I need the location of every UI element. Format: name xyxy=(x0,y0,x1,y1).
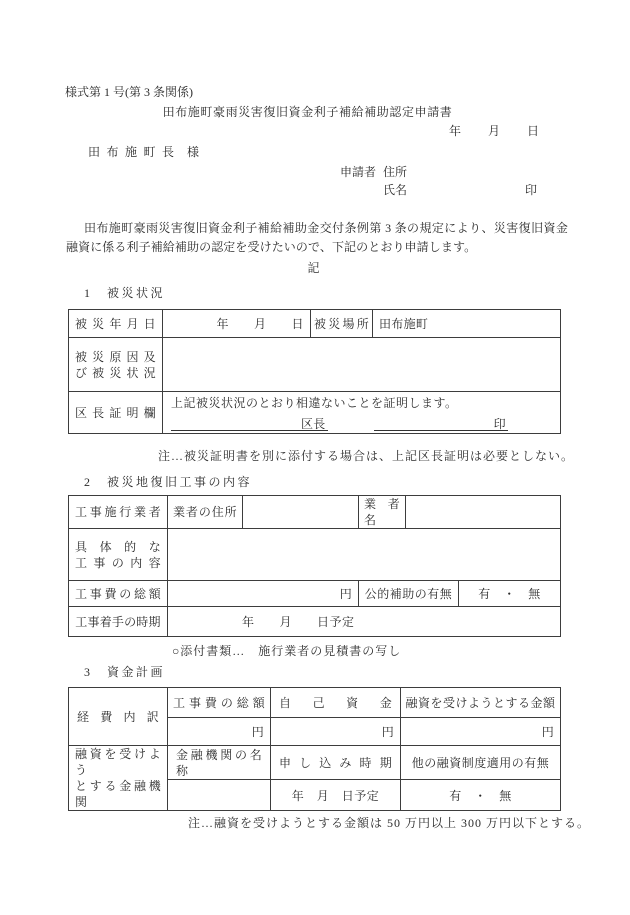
expense-breakdown-label-cell: 経費内訳 xyxy=(69,688,168,746)
contractor-address-field xyxy=(243,496,359,529)
contractor-name-label-cell: 業者名 xyxy=(359,496,406,529)
table-row: 被災年月日 年 月 日 被災場所 田布施町 xyxy=(69,310,561,338)
other-loan-label: 他の融資制度適用の有無 xyxy=(401,746,561,780)
contractor-name-label: 業者名 xyxy=(359,496,405,528)
lender-label-line2: とする金融機関 xyxy=(69,778,167,810)
chief-cert-label: 区長証明欄 xyxy=(69,405,162,421)
work-detail-label-line1: 具体的な xyxy=(69,539,167,555)
own-funds-field: 円 xyxy=(271,718,401,746)
damage-place-label: 被災場所 xyxy=(311,316,372,332)
bank-name-label-cell: 金融機関の名称 xyxy=(168,746,271,780)
applicant-label: 申請者 xyxy=(340,163,376,180)
own-funds-label: 自己資金 xyxy=(271,695,400,711)
table-row: 被災原因及 び被災状況 xyxy=(69,338,561,392)
damage-cause-label-line2: び被災状況 xyxy=(69,365,162,381)
lender-label-line1: 融資を受けよう xyxy=(69,746,167,778)
chief-cert-text: 上記被災状況のとおり相違ないことを証明します。 xyxy=(171,395,556,411)
work-detail-field xyxy=(168,529,561,581)
loan-amount-label: 融資を受けようとする金額 xyxy=(401,688,561,718)
public-subsidy-options: 有 ・ 無 xyxy=(459,581,561,607)
section1-note: 注…被災証明書を別に添付する場合は、上記区長証明は必要としない。 xyxy=(158,447,574,464)
contractor-label-cell: 工事施行業者 xyxy=(69,496,168,529)
cost-label: 工事費の総額 xyxy=(69,586,167,602)
start-time-label: 工事着手の時期 xyxy=(69,607,168,637)
table-row: 工事着手の時期 年 月 日予定 xyxy=(69,607,561,637)
contractor-name-field xyxy=(406,496,561,529)
work-detail-label-line2: 工事の内容 xyxy=(69,555,167,571)
damage-date-field: 年 月 日 xyxy=(163,310,311,338)
application-body-text: 田布施町豪雨災害復旧資金利子補給補助金交付条例第 3 条の規定により、災害復旧資… xyxy=(66,219,568,257)
damage-date-label: 被災年月日 xyxy=(69,316,162,332)
addressee-line: 田布施町長様 xyxy=(88,143,199,160)
contractor-label: 工事施行業者 xyxy=(69,504,167,520)
form-title: 田布施町豪雨災害復旧資金利子補給補助認定申請書 xyxy=(15,103,600,120)
table-row: 具体的な 工事の内容 xyxy=(69,529,561,581)
apply-time-field: 年 月 日予定 xyxy=(271,780,401,811)
section3-heading: 3 資金計画 xyxy=(84,663,165,680)
funding-plan-table: 経費内訳 工事費の総額 自己資金 融資を受けようとする金額 円 円 円 融資を受… xyxy=(68,687,561,811)
table-row: 融資を受けよう とする金融機関 金融機関の名称 申し込み時期 他の融資制度適用の… xyxy=(69,746,561,780)
start-time-field: 年 月 日予定 xyxy=(168,607,561,637)
total-cost-field: 円 xyxy=(168,718,271,746)
table-row: 工事施行業者 業者の住所 業者名 xyxy=(69,496,561,529)
chief-label: 区長 xyxy=(299,415,328,431)
cost-label-cell: 工事費の総額 xyxy=(69,581,168,607)
damage-cause-label-line1: 被災原因及 xyxy=(69,349,162,365)
date-line: 年 月 日 xyxy=(0,122,540,139)
lender-label-cell: 融資を受けよう とする金融機関 xyxy=(69,746,168,811)
damage-date-label-cell: 被災年月日 xyxy=(69,310,163,338)
chief-cert-label-cell: 区長証明欄 xyxy=(69,392,163,434)
public-subsidy-label: 公的補助の有無 xyxy=(359,581,459,607)
other-loan-options: 有 ・ 無 xyxy=(401,780,561,811)
contractor-address-label: 業者の住所 xyxy=(168,504,242,520)
contractor-address-label-cell: 業者の住所 xyxy=(168,496,243,529)
apply-time-label: 申し込み時期 xyxy=(271,755,400,771)
damage-place-label-cell: 被災場所 xyxy=(311,310,373,338)
addressee-honorific: 様 xyxy=(187,145,199,159)
seal-blank-line xyxy=(374,417,492,431)
work-detail-label-cell: 具体的な 工事の内容 xyxy=(69,529,168,581)
table-row: 経費内訳 工事費の総額 自己資金 融資を受けようとする金額 xyxy=(69,688,561,718)
loan-amount-field: 円 xyxy=(401,718,561,746)
form-number: 様式第 1 号(第 3 条関係) xyxy=(65,83,193,100)
attachment-note: ○添付書類… 施行業者の見積書の写し xyxy=(172,642,401,659)
seal-mark: 印 xyxy=(525,181,537,198)
table-row: 区長証明欄 上記被災状況のとおり相違ないことを証明します。 区長印 xyxy=(69,392,561,434)
signature-gap xyxy=(328,414,374,427)
damage-description-field xyxy=(163,338,561,392)
record-mark: 記 xyxy=(68,259,560,276)
disaster-status-table: 被災年月日 年 月 日 被災場所 田布施町 被災原因及 び被災状況 区長証明欄 … xyxy=(68,309,561,434)
bank-name-field xyxy=(168,780,271,811)
own-funds-label-cell: 自己資金 xyxy=(271,688,401,718)
section3-note: 注…融資を受けようとする金額は 50 万円以上 300 万円以下とする。 xyxy=(188,814,590,831)
total-cost-label: 工事費の総額 xyxy=(168,695,270,711)
damage-place-field: 田布施町 xyxy=(373,310,561,338)
section1-heading: 1 被災状況 xyxy=(84,284,165,301)
chief-name-blank-line xyxy=(171,417,299,431)
chief-cert-signature-line: 区長印 xyxy=(171,414,556,431)
chief-seal-mark: 印 xyxy=(492,415,508,431)
name-label: 氏名 xyxy=(383,181,407,198)
cost-amount-field: 円 xyxy=(168,581,359,607)
section2-heading: 2 被災地復旧工事の内容 xyxy=(84,473,252,490)
apply-time-label-cell: 申し込み時期 xyxy=(271,746,401,780)
damage-cause-label-cell: 被災原因及 び被災状況 xyxy=(69,338,163,392)
form-page: 様式第 1 号(第 3 条関係) 田布施町豪雨災害復旧資金利子補給補助認定申請書… xyxy=(0,0,630,915)
table-row: 工事費の総額 円 公的補助の有無 有 ・ 無 xyxy=(69,581,561,607)
address-label: 住所 xyxy=(383,163,407,180)
bank-name-label: 金融機関の名称 xyxy=(168,747,270,779)
recovery-work-table: 工事施行業者 業者の住所 業者名 具体的な 工事の内容 工事費の総額 円 公的補… xyxy=(68,495,561,637)
total-cost-label-cell: 工事費の総額 xyxy=(168,688,271,718)
addressee-name: 田布施町長 xyxy=(88,143,174,160)
expense-breakdown-label: 経費内訳 xyxy=(69,709,167,725)
chief-cert-cell: 上記被災状況のとおり相違ないことを証明します。 区長印 xyxy=(163,392,561,434)
